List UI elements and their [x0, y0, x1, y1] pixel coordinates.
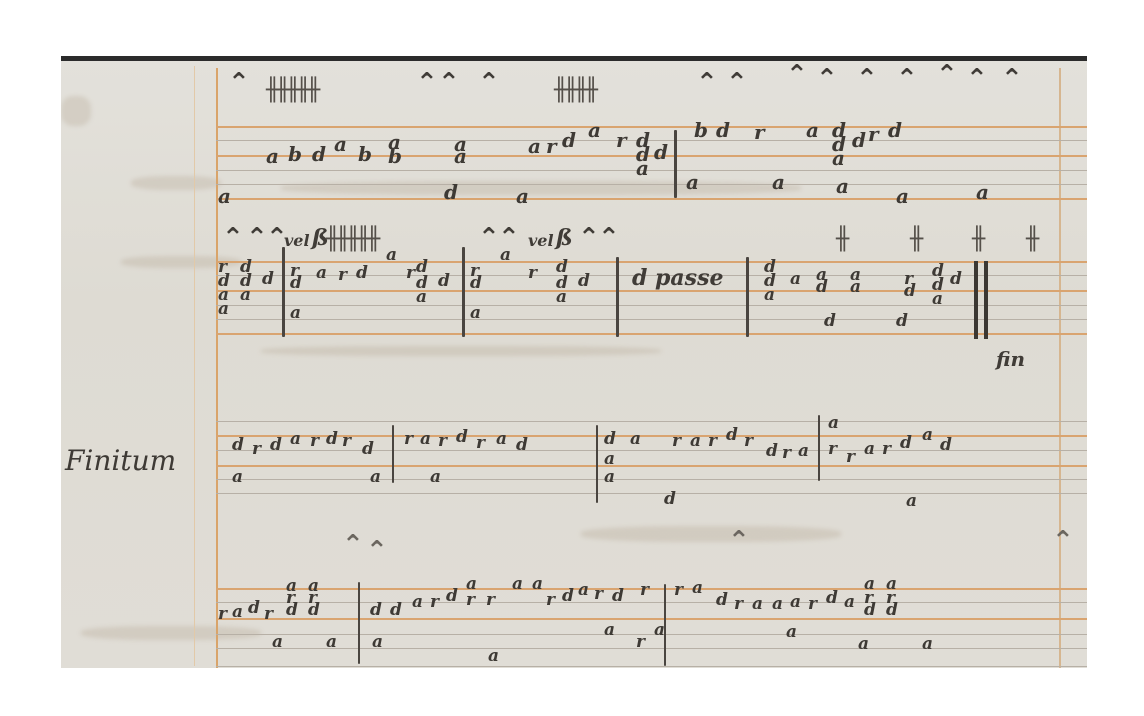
stain: [581, 526, 841, 542]
stain: [61, 96, 91, 126]
tablature-system-2: ⌃ ⌃ ⌃ vel ß ╫╫╫╫╫ ⌃ ⌃ vel ß ⌃ ⌃ ╫ ╫ ╫ ╫ …: [216, 261, 1087, 341]
tablature-system-4: ⌃ ⌃ ⌃ ⌃ r a d r a r d a r d d d a r d a …: [216, 588, 1087, 668]
tablature-system-3: d r d a r d r d r a r d r a d d a a r a …: [216, 421, 1087, 501]
ending-mark: fin: [996, 347, 1025, 371]
tablature-system-1: ⌃ ╫╫╫╫╫ ⌃ ⌃ ⌃ ╫╫╫╫ ⌃ ⌃ ⌃ ⌃ ⌃ ⌃ ⌃ ⌃ ⌃ a b…: [216, 126, 1087, 206]
margin-rule-outer: [194, 66, 195, 666]
rhythm-beam-group: ╫╫╫╫╫: [266, 78, 317, 103]
stain: [131, 176, 221, 190]
page-top-edge: [61, 56, 1087, 61]
stain: [261, 346, 661, 356]
manuscript-page: ⌃ ╫╫╫╫╫ ⌃ ⌃ ⌃ ╫╫╫╫ ⌃ ⌃ ⌃ ⌃ ⌃ ⌃ ⌃ ⌃ ⌃ a b…: [61, 56, 1087, 668]
margin-label-finitum: Finitum: [65, 444, 176, 477]
annotation-vel: vel: [284, 231, 310, 250]
final-barline: [974, 261, 978, 339]
rhythm-flag: ⌃: [228, 70, 250, 96]
tab-letter: a: [266, 146, 279, 166]
barline: [674, 130, 677, 198]
annotation-d-passe: d passe: [632, 265, 723, 291]
